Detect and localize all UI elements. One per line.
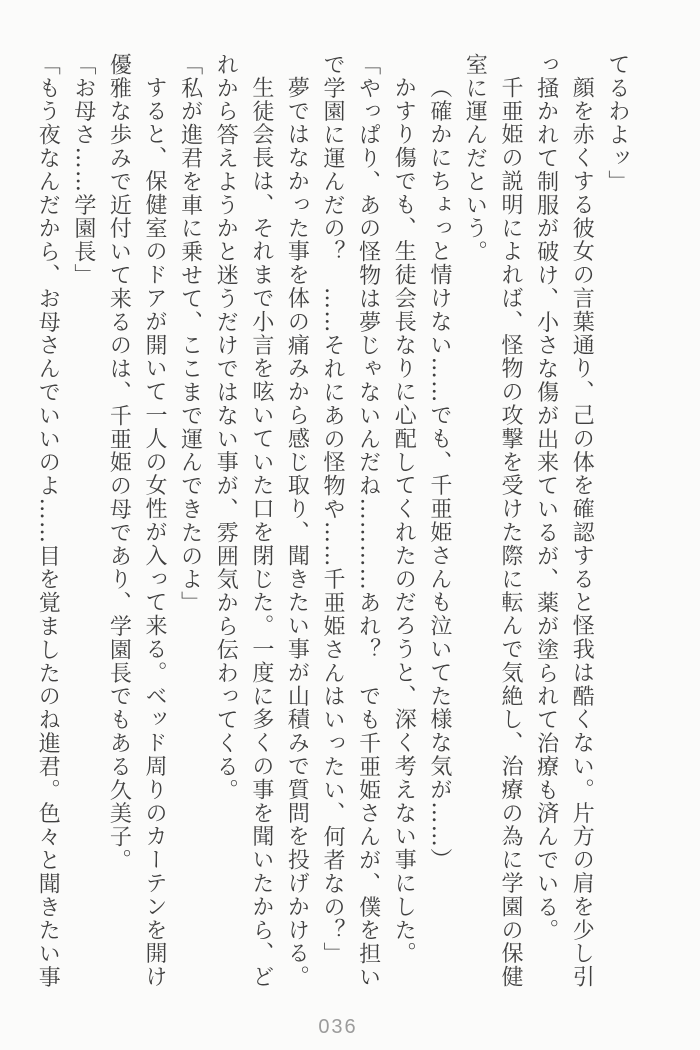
text-column: かすり傷でも、生徒会長なりに心配してくれたのだろうと、深く考えない事にした。 [386, 53, 422, 993]
text-column: 千亜姫の説明によれば、怪物の攻撃を受けた際に転んで気絶し、治療の為に学園の保健 [492, 53, 528, 993]
page-number: 036 [308, 1016, 368, 1039]
book-page: てるわよッ」顔を赤くする彼女の言葉通り、己の体を確認すると怪我は酷くない。片方の… [0, 0, 700, 1050]
text-column: で学園に運んだの？ ……それにあの怪物や……千亜姫さんはいったい、何者なの？」 [314, 53, 350, 993]
text-column: てるわよッ」 [599, 53, 635, 993]
text-column: れから答えようかと迷うだけではない事が、雰囲気から伝わってくる。 [208, 53, 244, 993]
text-column: 優雅な歩みで近付いて来るのは、千亜姫の母であり、学園長でもある久美子。 [101, 53, 137, 993]
text-column: 「私が進君を車に乗せて、ここまで運んできたのよ」 [172, 53, 208, 993]
text-column: 夢ではなかった事を体の痛みから感じ取り、聞きたい事が山積みで質問を投げかける。 [279, 53, 315, 993]
text-column: 生徒会長は、それまで小言を呟いていた口を閉じた。一度に多くの事を聞いたから、ど [243, 53, 279, 993]
text-column: すると、保健室のドアが開いて一人の女性が入って来る。ベッド周りのカーテンを開け [136, 53, 172, 993]
text-column: 「やっぱり、あの怪物は夢じゃないんだね…………あれ？ でも千亜姫さんが、僕を担い [350, 53, 386, 993]
text-column: （確かにちょっと情けない……でも、千亜姫さんも泣いてた様な気が……） [421, 53, 457, 993]
text-column: 「お母さ……学園長」 [65, 53, 101, 993]
text-column: 「もう夜なんだから、お母さんでいいのよ……目を覚ましたのね進君。色々と聞きたい事 [30, 53, 66, 993]
text-column: 顔を赤くする彼女の言葉通り、己の体を確認すると怪我は酷くない。片方の肩を少し引 [564, 53, 600, 993]
text-column: っ掻かれて制服が破け、小さな傷が出来ているが、薬が塗られて治療も済んでいる。 [528, 53, 564, 993]
text-column: 室に運んだという。 [457, 53, 493, 993]
